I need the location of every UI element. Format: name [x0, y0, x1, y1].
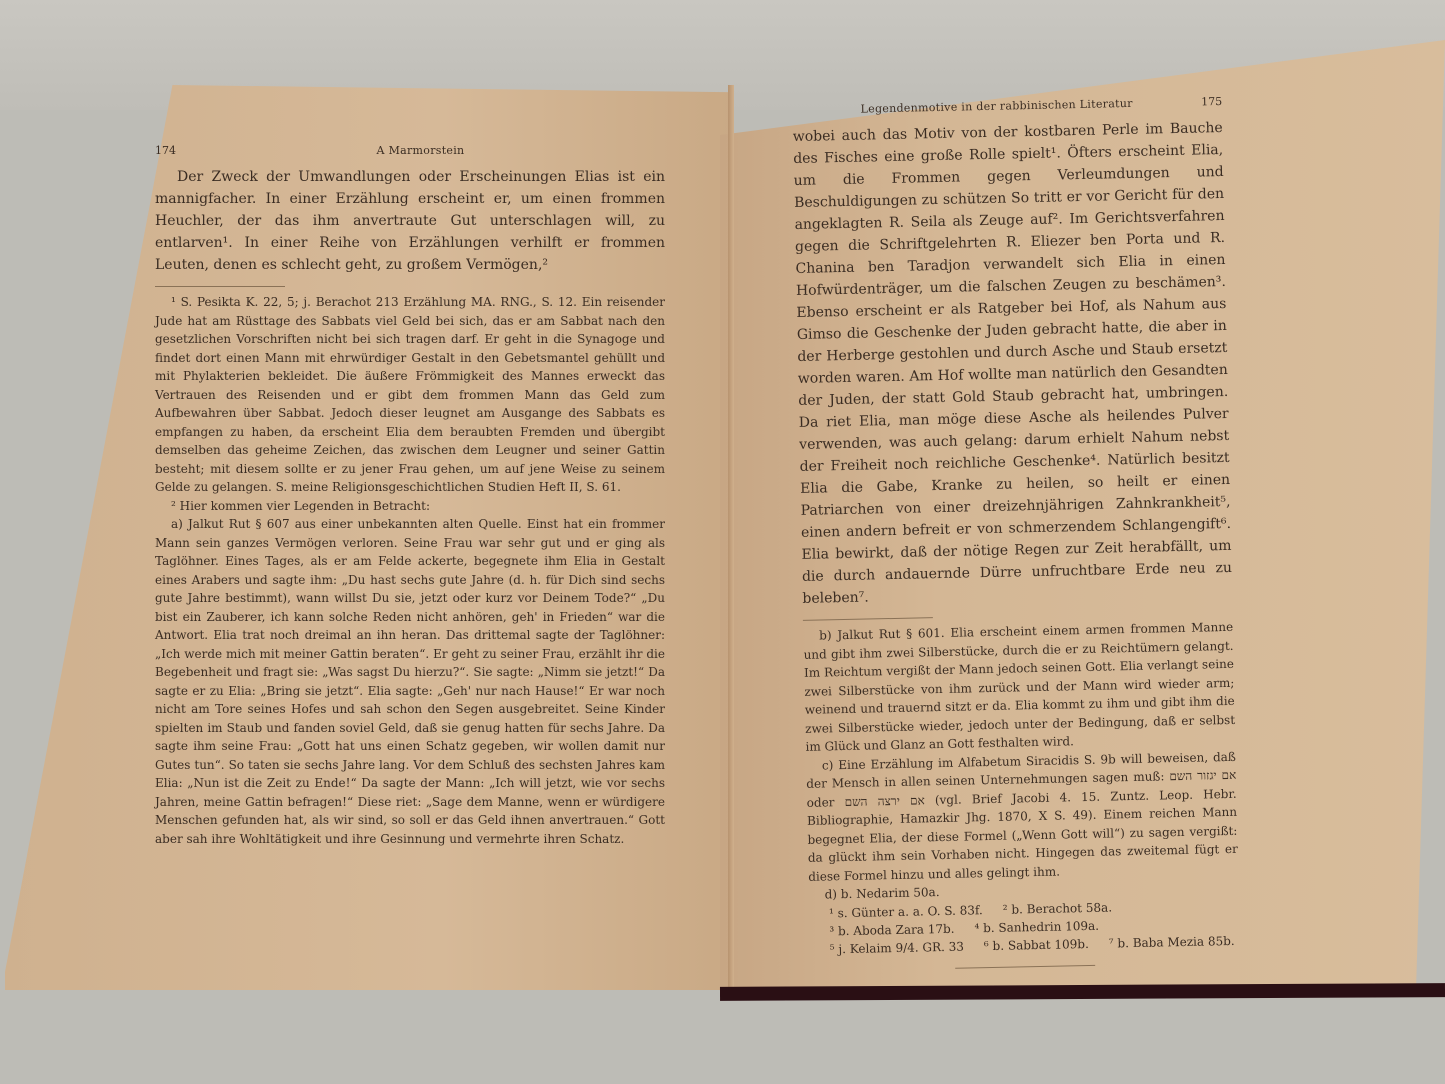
footnote: c) Eine Erzählung im Alfabetum Siracidis…	[806, 747, 1239, 885]
right-page-content: Legendenmotive in der rabbinischen Liter…	[792, 91, 1240, 971]
right-footnotes: b) Jalkut Rut § 601. Elia erscheint eine…	[803, 618, 1239, 904]
book-gutter	[728, 85, 734, 990]
book-cover-edge	[720, 983, 1445, 1001]
footnote: ² Hier kommen vier Legenden in Betracht:	[155, 497, 665, 516]
footnote-divider	[803, 617, 933, 621]
page-number: 174	[155, 140, 176, 162]
footnote-ref: ⁷ b. Baba Mezia 85b.	[1109, 931, 1235, 952]
footnote: b) Jalkut Rut § 601. Elia erscheint eine…	[803, 618, 1236, 756]
left-page-content: 174 A Marmorstein Der Zweck der Umwandlu…	[155, 140, 665, 848]
running-head-title: A Marmorstein	[176, 140, 665, 162]
paragraph: Der Zweck der Umwandlungen oder Erschein…	[155, 166, 665, 276]
footnote-divider	[155, 286, 285, 287]
footnote: a) Jalkut Rut § 607 aus einer unbekannte…	[155, 515, 665, 848]
right-body-text: wobei auch das Motiv von der kostbaren P…	[793, 117, 1233, 610]
left-body-text: Der Zweck der Umwandlungen oder Erschein…	[155, 166, 665, 276]
footnote-ref: ⁶ b. Sabbat 109b.	[984, 934, 1089, 954]
page-number: 175	[1201, 91, 1222, 113]
left-running-head: 174 A Marmorstein	[155, 140, 665, 162]
footnote-ref: ² b. Berachot 58a.	[1003, 898, 1113, 918]
footnote: ¹ S. Pesikta K. 22, 5; j. Berachot 213 E…	[155, 293, 665, 497]
paragraph: wobei auch das Motiv von der kostbaren P…	[793, 117, 1233, 610]
left-footnotes: ¹ S. Pesikta K. 22, 5; j. Berachot 213 E…	[155, 293, 665, 848]
footnote-ref: ⁵ j. Kelaim 9/4. GR. 33	[830, 937, 965, 958]
footnote-ref: ¹ s. Günter a. a. O. S. 83f.	[829, 901, 983, 922]
